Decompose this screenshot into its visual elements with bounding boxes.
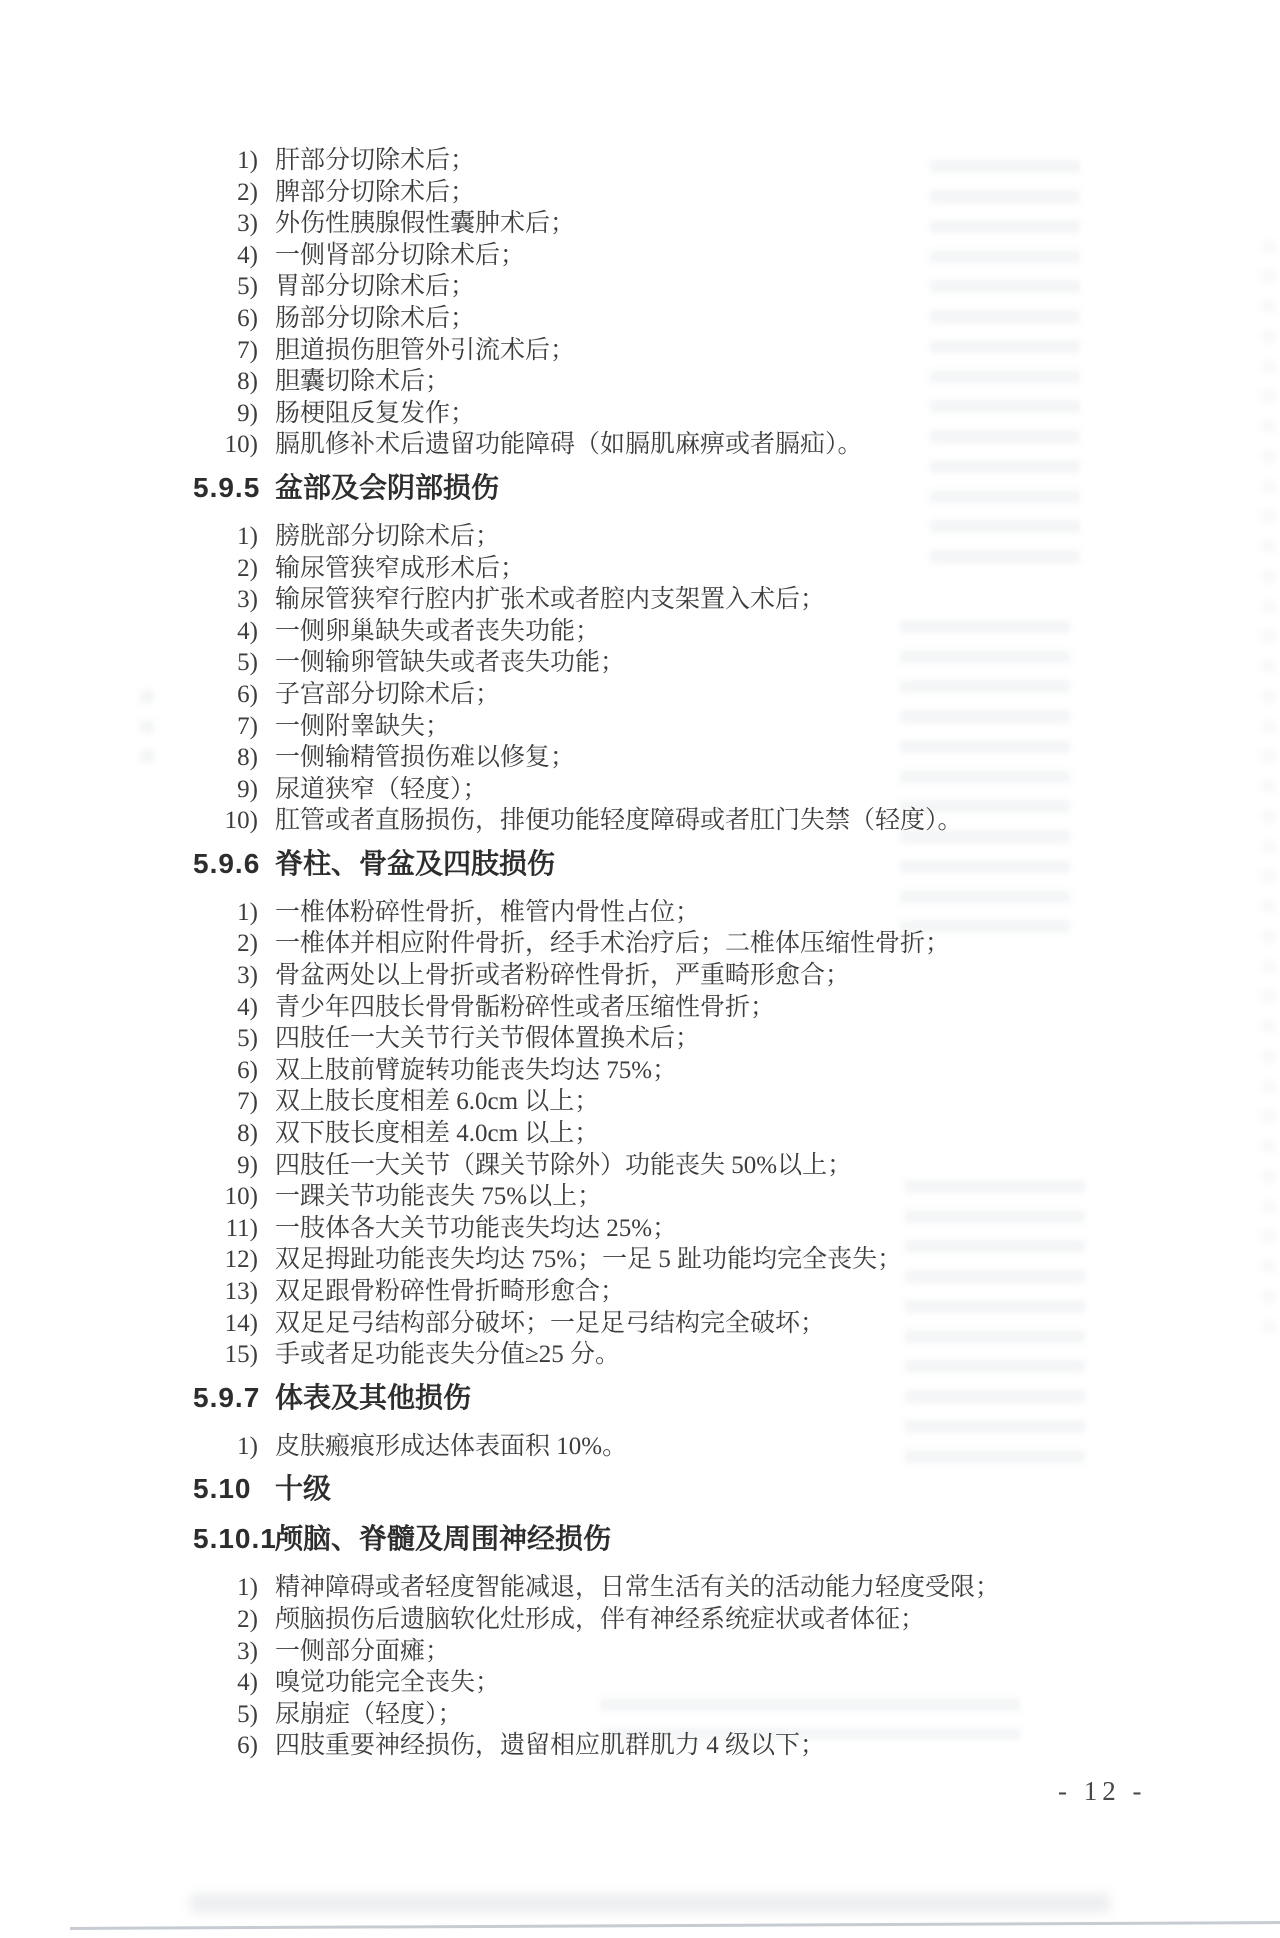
list-item: 6)双上肢前臂旋转功能丧失均达 75%； <box>0 1055 1280 1087</box>
item-text: 一侧部分面瘫； <box>275 1638 450 1665</box>
list-item: 3)一侧部分面瘫； <box>0 1636 1280 1668</box>
list-item: 6)四肢重要神经损伤，遗留相应肌群肌力 4 级以下； <box>0 1730 1280 1762</box>
list-item: 1)肝部分切除术后； <box>0 145 1280 177</box>
item-text: 双上肢前臂旋转功能丧失均达 75%； <box>275 1057 677 1084</box>
item-text: 双足拇趾功能丧失均达 75%；一足 5 趾功能均完全丧失； <box>275 1246 902 1273</box>
item-number: 15) <box>198 1339 258 1371</box>
list-item: 9)尿道狭窄（轻度）； <box>0 774 1280 806</box>
list-item: 2)输尿管狭窄成形术后； <box>0 553 1280 585</box>
item-text: 输尿管狭窄行腔内扩张术或者腔内支架置入术后； <box>275 586 825 613</box>
item-text: 一椎体并相应附件骨折，经手术治疗后；二椎体压缩性骨折； <box>275 930 950 957</box>
list-item: 1)皮肤瘢痕形成达体表面积 10%。 <box>0 1431 1280 1463</box>
item-number: 1) <box>198 145 258 177</box>
item-text: 四肢任一大关节（踝关节除外）功能丧失 50%以上； <box>275 1152 852 1179</box>
list-item: 1)膀胱部分切除术后； <box>0 521 1280 553</box>
page-number: - 12 - <box>1058 1776 1146 1807</box>
list-item: 7)胆道损伤胆管外引流术后； <box>0 335 1280 367</box>
section-number: 5.10.1 <box>193 1522 277 1556</box>
section-number: 5.9.5 <box>193 471 260 505</box>
item-text: 胆囊切除术后； <box>275 368 450 395</box>
list-item: 3)骨盆两处以上骨折或者粉碎性骨折，严重畸形愈合； <box>0 960 1280 992</box>
list-item: 5)四肢任一大关节行关节假体置换术后； <box>0 1023 1280 1055</box>
item-number: 10) <box>198 429 258 461</box>
list-item: 3)输尿管狭窄行腔内扩张术或者腔内支架置入术后； <box>0 584 1280 616</box>
list-item: 2)一椎体并相应附件骨折，经手术治疗后；二椎体压缩性骨折； <box>0 928 1280 960</box>
item-number: 10) <box>198 1181 258 1213</box>
list-item: 8)胆囊切除术后； <box>0 366 1280 398</box>
item-number: 11) <box>198 1213 258 1245</box>
item-number: 3) <box>198 960 258 992</box>
item-text: 嗅觉功能完全丧失； <box>275 1669 500 1696</box>
item-text: 精神障碍或者轻度智能减退，日常生活有关的活动能力轻度受限； <box>275 1574 1000 1601</box>
item-text: 一侧输卵管缺失或者丧失功能； <box>275 649 625 676</box>
list-item: 8)双下肢长度相差 4.0cm 以上； <box>0 1118 1280 1150</box>
item-text: 脾部分切除术后； <box>275 179 475 206</box>
item-number: 8) <box>198 366 258 398</box>
item-number: 4) <box>198 616 258 648</box>
section-title: 体表及其他损伤 <box>275 1382 471 1413</box>
list-item: 7)双上肢长度相差 6.0cm 以上； <box>0 1086 1280 1118</box>
section-number: 5.9.6 <box>193 847 260 881</box>
item-number: 7) <box>198 1086 258 1118</box>
item-number: 8) <box>198 742 258 774</box>
item-text: 胃部分切除术后； <box>275 273 475 300</box>
page-edge-line <box>70 1921 1280 1930</box>
list-item: 6)子宫部分切除术后； <box>0 679 1280 711</box>
item-number: 5) <box>198 1023 258 1055</box>
item-text: 输尿管狭窄成形术后； <box>275 555 525 582</box>
item-number: 2) <box>198 177 258 209</box>
item-number: 2) <box>198 553 258 585</box>
list-item: 4)青少年四肢长骨骨骺粉碎性或者压缩性骨折； <box>0 992 1280 1024</box>
item-text: 颅脑损伤后遗脑软化灶形成，伴有神经系统症状或者体征； <box>275 1606 925 1633</box>
item-number: 2) <box>198 1604 258 1636</box>
section-number: 5.10 <box>193 1472 252 1506</box>
list-item: 1)精神障碍或者轻度智能减退，日常生活有关的活动能力轻度受限； <box>0 1572 1280 1604</box>
item-text: 尿崩症（轻度）； <box>275 1701 463 1728</box>
item-text: 胆道损伤胆管外引流术后； <box>275 337 575 364</box>
item-number: 4) <box>198 240 258 272</box>
item-number: 5) <box>198 271 258 303</box>
list-item: 10)膈肌修补术后遗留功能障碍（如膈肌麻痹或者膈疝）。 <box>0 429 1280 461</box>
page-bottom-shadow <box>190 1893 1110 1913</box>
section-title: 颅脑、脊髓及周围神经损伤 <box>275 1523 611 1554</box>
list-item: 7)一侧附睾缺失； <box>0 711 1280 743</box>
item-number: 7) <box>198 711 258 743</box>
item-text: 双上肢长度相差 6.0cm 以上； <box>275 1088 599 1115</box>
list-item: 8)一侧输精管损伤难以修复； <box>0 742 1280 774</box>
item-number: 5) <box>198 647 258 679</box>
list-item: 5)一侧输卵管缺失或者丧失功能； <box>0 647 1280 679</box>
list-item: 10)肛管或者直肠损伤，排便功能轻度障碍或者肛门失禁（轻度）。 <box>0 805 1280 837</box>
section-heading: 5.9.7体表及其他损伤 <box>0 1381 1280 1415</box>
item-text: 双下肢长度相差 4.0cm 以上； <box>275 1120 599 1147</box>
list-item: 10)一踝关节功能丧失 75%以上； <box>0 1181 1280 1213</box>
item-text: 一侧卵巢缺失或者丧失功能； <box>275 618 600 645</box>
item-text: 肠梗阻反复发作； <box>275 400 475 427</box>
item-text: 一踝关节功能丧失 75%以上； <box>275 1183 602 1210</box>
item-number: 6) <box>198 679 258 711</box>
item-text: 双足跟骨粉碎性骨折畸形愈合； <box>275 1278 625 1305</box>
item-text: 尿道狭窄（轻度）； <box>275 776 488 803</box>
item-number: 4) <box>198 992 258 1024</box>
item-text: 手或者足功能丧失分值≥25 分。 <box>275 1341 620 1368</box>
item-number: 14) <box>198 1308 258 1340</box>
item-text: 一侧附睾缺失； <box>275 713 450 740</box>
item-number: 4) <box>198 1667 258 1699</box>
item-number: 7) <box>198 335 258 367</box>
item-number: 3) <box>198 208 258 240</box>
item-text: 膀胱部分切除术后； <box>275 523 500 550</box>
list-item: 11)一肢体各大关节功能丧失均达 25%； <box>0 1213 1280 1245</box>
item-text: 四肢重要神经损伤，遗留相应肌群肌力 4 级以下； <box>275 1732 825 1759</box>
item-number: 9) <box>198 398 258 430</box>
list-item: 4)一侧卵巢缺失或者丧失功能； <box>0 616 1280 648</box>
item-text: 外伤性胰腺假性囊肿术后； <box>275 210 575 237</box>
item-number: 6) <box>198 303 258 335</box>
item-text: 肠部分切除术后； <box>275 305 475 332</box>
item-text: 一侧输精管损伤难以修复； <box>275 744 575 771</box>
list-item: 6)肠部分切除术后； <box>0 303 1280 335</box>
item-text: 双足足弓结构部分破坏；一足足弓结构完全破坏； <box>275 1310 825 1337</box>
list-item: 14)双足足弓结构部分破坏；一足足弓结构完全破坏； <box>0 1308 1280 1340</box>
section-heading: 5.10.1颅脑、脊髓及周围神经损伤 <box>0 1522 1280 1556</box>
list-item: 3)外伤性胰腺假性囊肿术后； <box>0 208 1280 240</box>
list-item: 5)胃部分切除术后； <box>0 271 1280 303</box>
item-number: 1) <box>198 1572 258 1604</box>
item-text: 一肢体各大关节功能丧失均达 25%； <box>275 1215 677 1242</box>
section-heading: 5.10十级 <box>0 1472 1280 1506</box>
item-number: 3) <box>198 584 258 616</box>
item-number: 2) <box>198 928 258 960</box>
list-item: 9)肠梗阻反复发作； <box>0 398 1280 430</box>
item-number: 1) <box>198 1431 258 1463</box>
item-text: 肛管或者直肠损伤，排便功能轻度障碍或者肛门失禁（轻度）。 <box>275 807 963 834</box>
item-text: 一椎体粉碎性骨折，椎管内骨性占位； <box>275 899 700 926</box>
item-text: 四肢任一大关节行关节假体置换术后； <box>275 1025 700 1052</box>
item-number: 1) <box>198 897 258 929</box>
item-text: 子宫部分切除术后； <box>275 681 500 708</box>
item-number: 13) <box>198 1276 258 1308</box>
item-number: 1) <box>198 521 258 553</box>
list-item: 9)四肢任一大关节（踝关节除外）功能丧失 50%以上； <box>0 1150 1280 1182</box>
list-item: 1)一椎体粉碎性骨折，椎管内骨性占位； <box>0 897 1280 929</box>
item-number: 12) <box>198 1244 258 1276</box>
document-body: 1)肝部分切除术后；2)脾部分切除术后；3)外伤性胰腺假性囊肿术后；4)一侧肾部… <box>0 0 1280 1762</box>
item-text: 青少年四肢长骨骨骺粉碎性或者压缩性骨折； <box>275 994 775 1021</box>
section-heading: 5.9.5盆部及会阴部损伤 <box>0 471 1280 505</box>
list-item: 2)脾部分切除术后； <box>0 177 1280 209</box>
section-heading: 5.9.6脊柱、骨盆及四肢损伤 <box>0 847 1280 881</box>
item-number: 8) <box>198 1118 258 1150</box>
item-number: 5) <box>198 1699 258 1731</box>
item-text: 肝部分切除术后； <box>275 147 475 174</box>
item-text: 皮肤瘢痕形成达体表面积 10%。 <box>275 1433 627 1460</box>
list-item: 13)双足跟骨粉碎性骨折畸形愈合； <box>0 1276 1280 1308</box>
item-number: 6) <box>198 1055 258 1087</box>
list-item: 4)嗅觉功能完全丧失； <box>0 1667 1280 1699</box>
list-item: 5)尿崩症（轻度）； <box>0 1699 1280 1731</box>
list-item: 4)一侧肾部分切除术后； <box>0 240 1280 272</box>
list-item: 12)双足拇趾功能丧失均达 75%；一足 5 趾功能均完全丧失； <box>0 1244 1280 1276</box>
item-text: 膈肌修补术后遗留功能障碍（如膈肌麻痹或者膈疝）。 <box>275 431 863 458</box>
section-number: 5.9.7 <box>193 1381 260 1415</box>
item-text: 一侧肾部分切除术后； <box>275 242 525 269</box>
section-title: 十级 <box>275 1473 331 1504</box>
section-title: 盆部及会阴部损伤 <box>275 472 499 503</box>
list-item: 2)颅脑损伤后遗脑软化灶形成，伴有神经系统症状或者体征； <box>0 1604 1280 1636</box>
item-number: 9) <box>198 1150 258 1182</box>
item-number: 10) <box>198 805 258 837</box>
item-number: 3) <box>198 1636 258 1668</box>
item-number: 6) <box>198 1730 258 1762</box>
item-number: 9) <box>198 774 258 806</box>
section-title: 脊柱、骨盆及四肢损伤 <box>275 848 555 879</box>
list-item: 15)手或者足功能丧失分值≥25 分。 <box>0 1339 1280 1371</box>
item-text: 骨盆两处以上骨折或者粉碎性骨折，严重畸形愈合； <box>275 962 850 989</box>
